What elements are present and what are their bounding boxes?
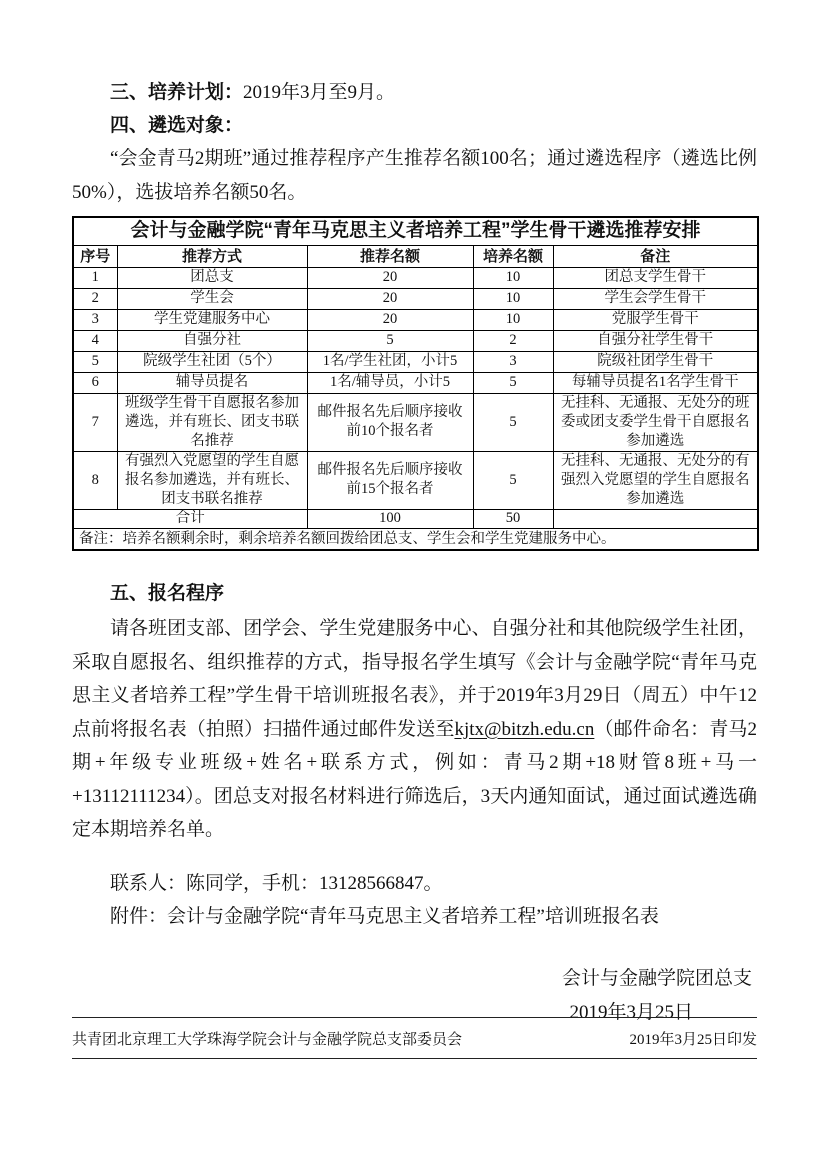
column-header: 培养名额: [473, 245, 553, 267]
contact-line: 联系人：陈同学，手机：13128566847。: [72, 867, 757, 901]
recommendation-table: 会计与金融学院“青年马克思主义者培养工程”学生骨干遴选推荐安排 序号推荐方式推荐…: [72, 216, 759, 551]
table-cell: 8: [73, 451, 117, 509]
column-header: 序号: [73, 245, 117, 267]
table-footnote-row: 备注：培养名额剩余时，剩余培养名额回拨给团总支、学生会和学生党建服务中心。: [73, 528, 758, 550]
table-row: 4自强分社52自强分社学生骨干: [73, 330, 758, 351]
heading-selection-target-label: 四、遴选对象：: [110, 115, 243, 136]
table-cell: 辅导员提名: [117, 372, 307, 393]
table-cell: 无挂科、无通报、无处分的有强烈入党愿望的学生自愿报名参加遴选: [553, 451, 758, 509]
table-row: 1团总支2010团总支学生骨干: [73, 267, 758, 288]
table-cell: 2: [473, 330, 553, 351]
table-cell: 10: [473, 309, 553, 330]
heading-application-procedure-label: 五、报名程序: [110, 583, 224, 604]
table-footnote: 备注：培养名额剩余时，剩余培养名额回拨给团总支、学生会和学生党建服务中心。: [73, 528, 758, 550]
intro-paragraph: “会金青马2期班”通过推荐程序产生推荐名额100名；通过遴选程序（遴选比例50%…: [72, 142, 757, 209]
table-cell: 2: [73, 288, 117, 309]
column-header: 推荐名额: [307, 245, 473, 267]
total-label-cell: 合计: [73, 509, 307, 528]
table-cell: 5: [307, 330, 473, 351]
table-cell: 1名/辅导员，小计5: [307, 372, 473, 393]
table-cell: 20: [307, 267, 473, 288]
table-cell: 1: [73, 267, 117, 288]
table-total-row: 合计 100 50: [73, 509, 758, 528]
table-cell: 5: [473, 451, 553, 509]
heading-training-plan-value: 2019年3月至9月。: [243, 82, 395, 103]
total-note-cell: [553, 509, 758, 528]
table-cell: 10: [473, 288, 553, 309]
table-cell: 5: [73, 351, 117, 372]
table-cell: 团总支: [117, 267, 307, 288]
table-row: 6辅导员提名1名/辅导员，小计55每辅导员提名1名学生骨干: [73, 372, 758, 393]
table-cell: 每辅导员提名1名学生骨干: [553, 372, 758, 393]
table-cell: 4: [73, 330, 117, 351]
table-row: 2学生会2010学生会学生骨干: [73, 288, 758, 309]
table-cell: 5: [473, 372, 553, 393]
table-row: 5院级学生社团（5个）1名/学生社团，小计53院级社团学生骨干: [73, 351, 758, 372]
document-content: 三、培养计划：2019年3月至9月。 四、遴选对象： “会金青马2期班”通过推荐…: [72, 0, 757, 1030]
email-link[interactable]: kjtx@bitzh.edu.cn: [454, 719, 594, 740]
table-header-row: 序号推荐方式推荐名额培养名额备注: [73, 245, 758, 267]
table-cell: 无挂科、无通报、无处分的班委或团支委学生骨干自愿报名参加遴选: [553, 393, 758, 451]
table-cell: 学生会: [117, 288, 307, 309]
footer-issuer: 共青团北京理工大学珠海学院会计与金融学院总支部委员会: [72, 1028, 462, 1049]
table-cell: 团总支学生骨干: [553, 267, 758, 288]
document-footer: 共青团北京理工大学珠海学院会计与金融学院总支部委员会 2019年3月25日印发: [72, 1017, 757, 1059]
total-recommend-cell: 100: [307, 509, 473, 528]
table-cell: 院级社团学生骨干: [553, 351, 758, 372]
total-train-cell: 50: [473, 509, 553, 528]
table-cell: 20: [307, 288, 473, 309]
footer-print-date: 2019年3月25日印发: [629, 1028, 757, 1049]
contact-block: 联系人：陈同学，手机：13128566847。 附件：会计与金融学院“青年马克思…: [72, 867, 757, 934]
table-cell: 院级学生社团（5个）: [117, 351, 307, 372]
signature-organization: 会计与金融学院团总支: [72, 962, 757, 996]
heading-application-procedure: 五、报名程序: [72, 577, 757, 610]
table-cell: 学生会学生骨干: [553, 288, 758, 309]
table-cell: 邮件报名先后顺序接收前15个报名者: [307, 451, 473, 509]
document-page: 三、培养计划：2019年3月至9月。 四、遴选对象： “会金青马2期班”通过推荐…: [0, 0, 827, 1169]
table-cell: 自强分社学生骨干: [553, 330, 758, 351]
table-cell: 20: [307, 309, 473, 330]
table-cell: 7: [73, 393, 117, 451]
attachment-line: 附件：会计与金融学院“青年马克思主义者培养工程”培训班报名表: [72, 900, 757, 934]
table-title: 会计与金融学院“青年马克思主义者培养工程”学生骨干遴选推荐安排: [73, 217, 758, 245]
table-row: 8有强烈入党愿望的学生自愿报名参加遴选，并有班长、团支书联名推荐邮件报名先后顺序…: [73, 451, 758, 509]
table-cell: 3: [473, 351, 553, 372]
table-cell: 5: [473, 393, 553, 451]
heading-selection-target: 四、遴选对象：: [72, 109, 757, 142]
table-cell: 有强烈入党愿望的学生自愿报名参加遴选，并有班长、团支书联名推荐: [117, 451, 307, 509]
table-cell: 3: [73, 309, 117, 330]
table-cell: 学生党建服务中心: [117, 309, 307, 330]
table-cell: 班级学生骨干自愿报名参加遴选，并有班长、团支书联名推荐: [117, 393, 307, 451]
table-cell: 自强分社: [117, 330, 307, 351]
heading-training-plan-label: 三、培养计划：: [110, 82, 243, 103]
table-row: 3学生党建服务中心2010党服学生骨干: [73, 309, 758, 330]
table-cell: 邮件报名先后顺序接收前10个报名者: [307, 393, 473, 451]
column-header: 推荐方式: [117, 245, 307, 267]
table-cell: 6: [73, 372, 117, 393]
table-title-row: 会计与金融学院“青年马克思主义者培养工程”学生骨干遴选推荐安排: [73, 217, 758, 245]
table-cell: 党服学生骨干: [553, 309, 758, 330]
heading-training-plan: 三、培养计划：2019年3月至9月。: [72, 76, 757, 109]
table-row: 7班级学生骨干自愿报名参加遴选，并有班长、团支书联名推荐邮件报名先后顺序接收前1…: [73, 393, 758, 451]
column-header: 备注: [553, 245, 758, 267]
table-cell: 1名/学生社团，小计5: [307, 351, 473, 372]
application-paragraph: 请各班团支部、团学会、学生党建服务中心、自强分社和其他院级学生社团，采取自愿报名…: [72, 612, 757, 847]
table-cell: 10: [473, 267, 553, 288]
